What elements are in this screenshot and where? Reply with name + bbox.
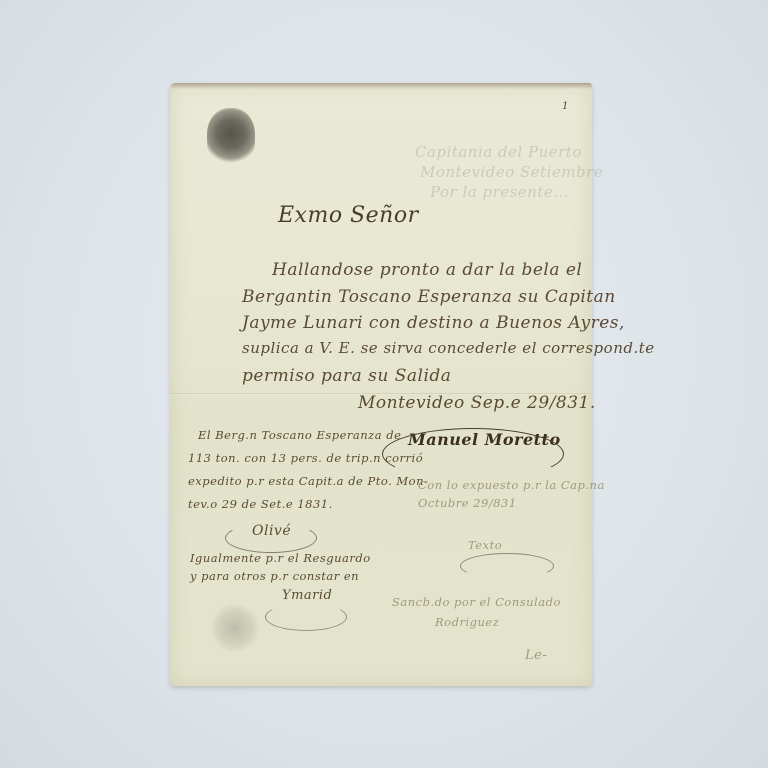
bleed-through-line: Montevideo Setiembre — [420, 163, 603, 181]
consulate-note: Sancb.do por el Consulado — [392, 595, 561, 609]
annotation-line: 113 ton. con 13 pers. de trip.n corrió — [188, 451, 423, 465]
consulate-signature: Rodriguez — [435, 615, 499, 629]
bleed-through-line: Capitania del Puerto — [415, 143, 582, 161]
annotation-line: y para otros p.r constar en — [190, 569, 359, 583]
right-signature-flourish — [460, 553, 554, 579]
bleed-through-line: Por la presente... — [430, 183, 569, 201]
body-line: Jayme Lunari con destino a Buenos Ayres, — [242, 313, 625, 333]
annotation-line: Octubre 29/831 — [418, 496, 517, 510]
place-date: Montevideo Sep.e 29/831. — [358, 393, 596, 413]
body-line: suplica a V. E. se sirva concederle el c… — [242, 339, 655, 357]
left-signature-2: Ymarid — [282, 588, 332, 603]
right-signature: Texto — [468, 538, 502, 552]
faint-seal-stamp-icon — [210, 603, 260, 653]
salutation: Exmo Señor — [278, 203, 419, 228]
document-page: 1 Capitania del Puerto Montevideo Setiem… — [170, 83, 592, 686]
embossed-seal-icon — [207, 108, 255, 166]
annotation-line: Con lo expuesto p.r la Cap.na — [418, 478, 605, 492]
left-signature-2-flourish — [265, 603, 347, 631]
body-line: Bergantin Toscano Esperanza su Capitan — [242, 287, 616, 307]
annotation-line: Igualmente p.r el Resguardo — [190, 551, 371, 565]
page-number: 1 — [562, 101, 569, 112]
body-line: permiso para su Salida — [242, 366, 451, 386]
left-signature-flourish — [225, 523, 317, 553]
annotation-line: El Berg.n Toscano Esperanza de — [198, 428, 401, 442]
body-line: Hallandose pronto a dar la bela el — [272, 260, 582, 280]
annotation-line: tev.o 29 de Set.e 1831. — [188, 497, 333, 511]
closing-mark: Le- — [525, 648, 547, 663]
annotation-line: expedito p.r esta Capit.a de Pto. Mon- — [188, 474, 428, 488]
